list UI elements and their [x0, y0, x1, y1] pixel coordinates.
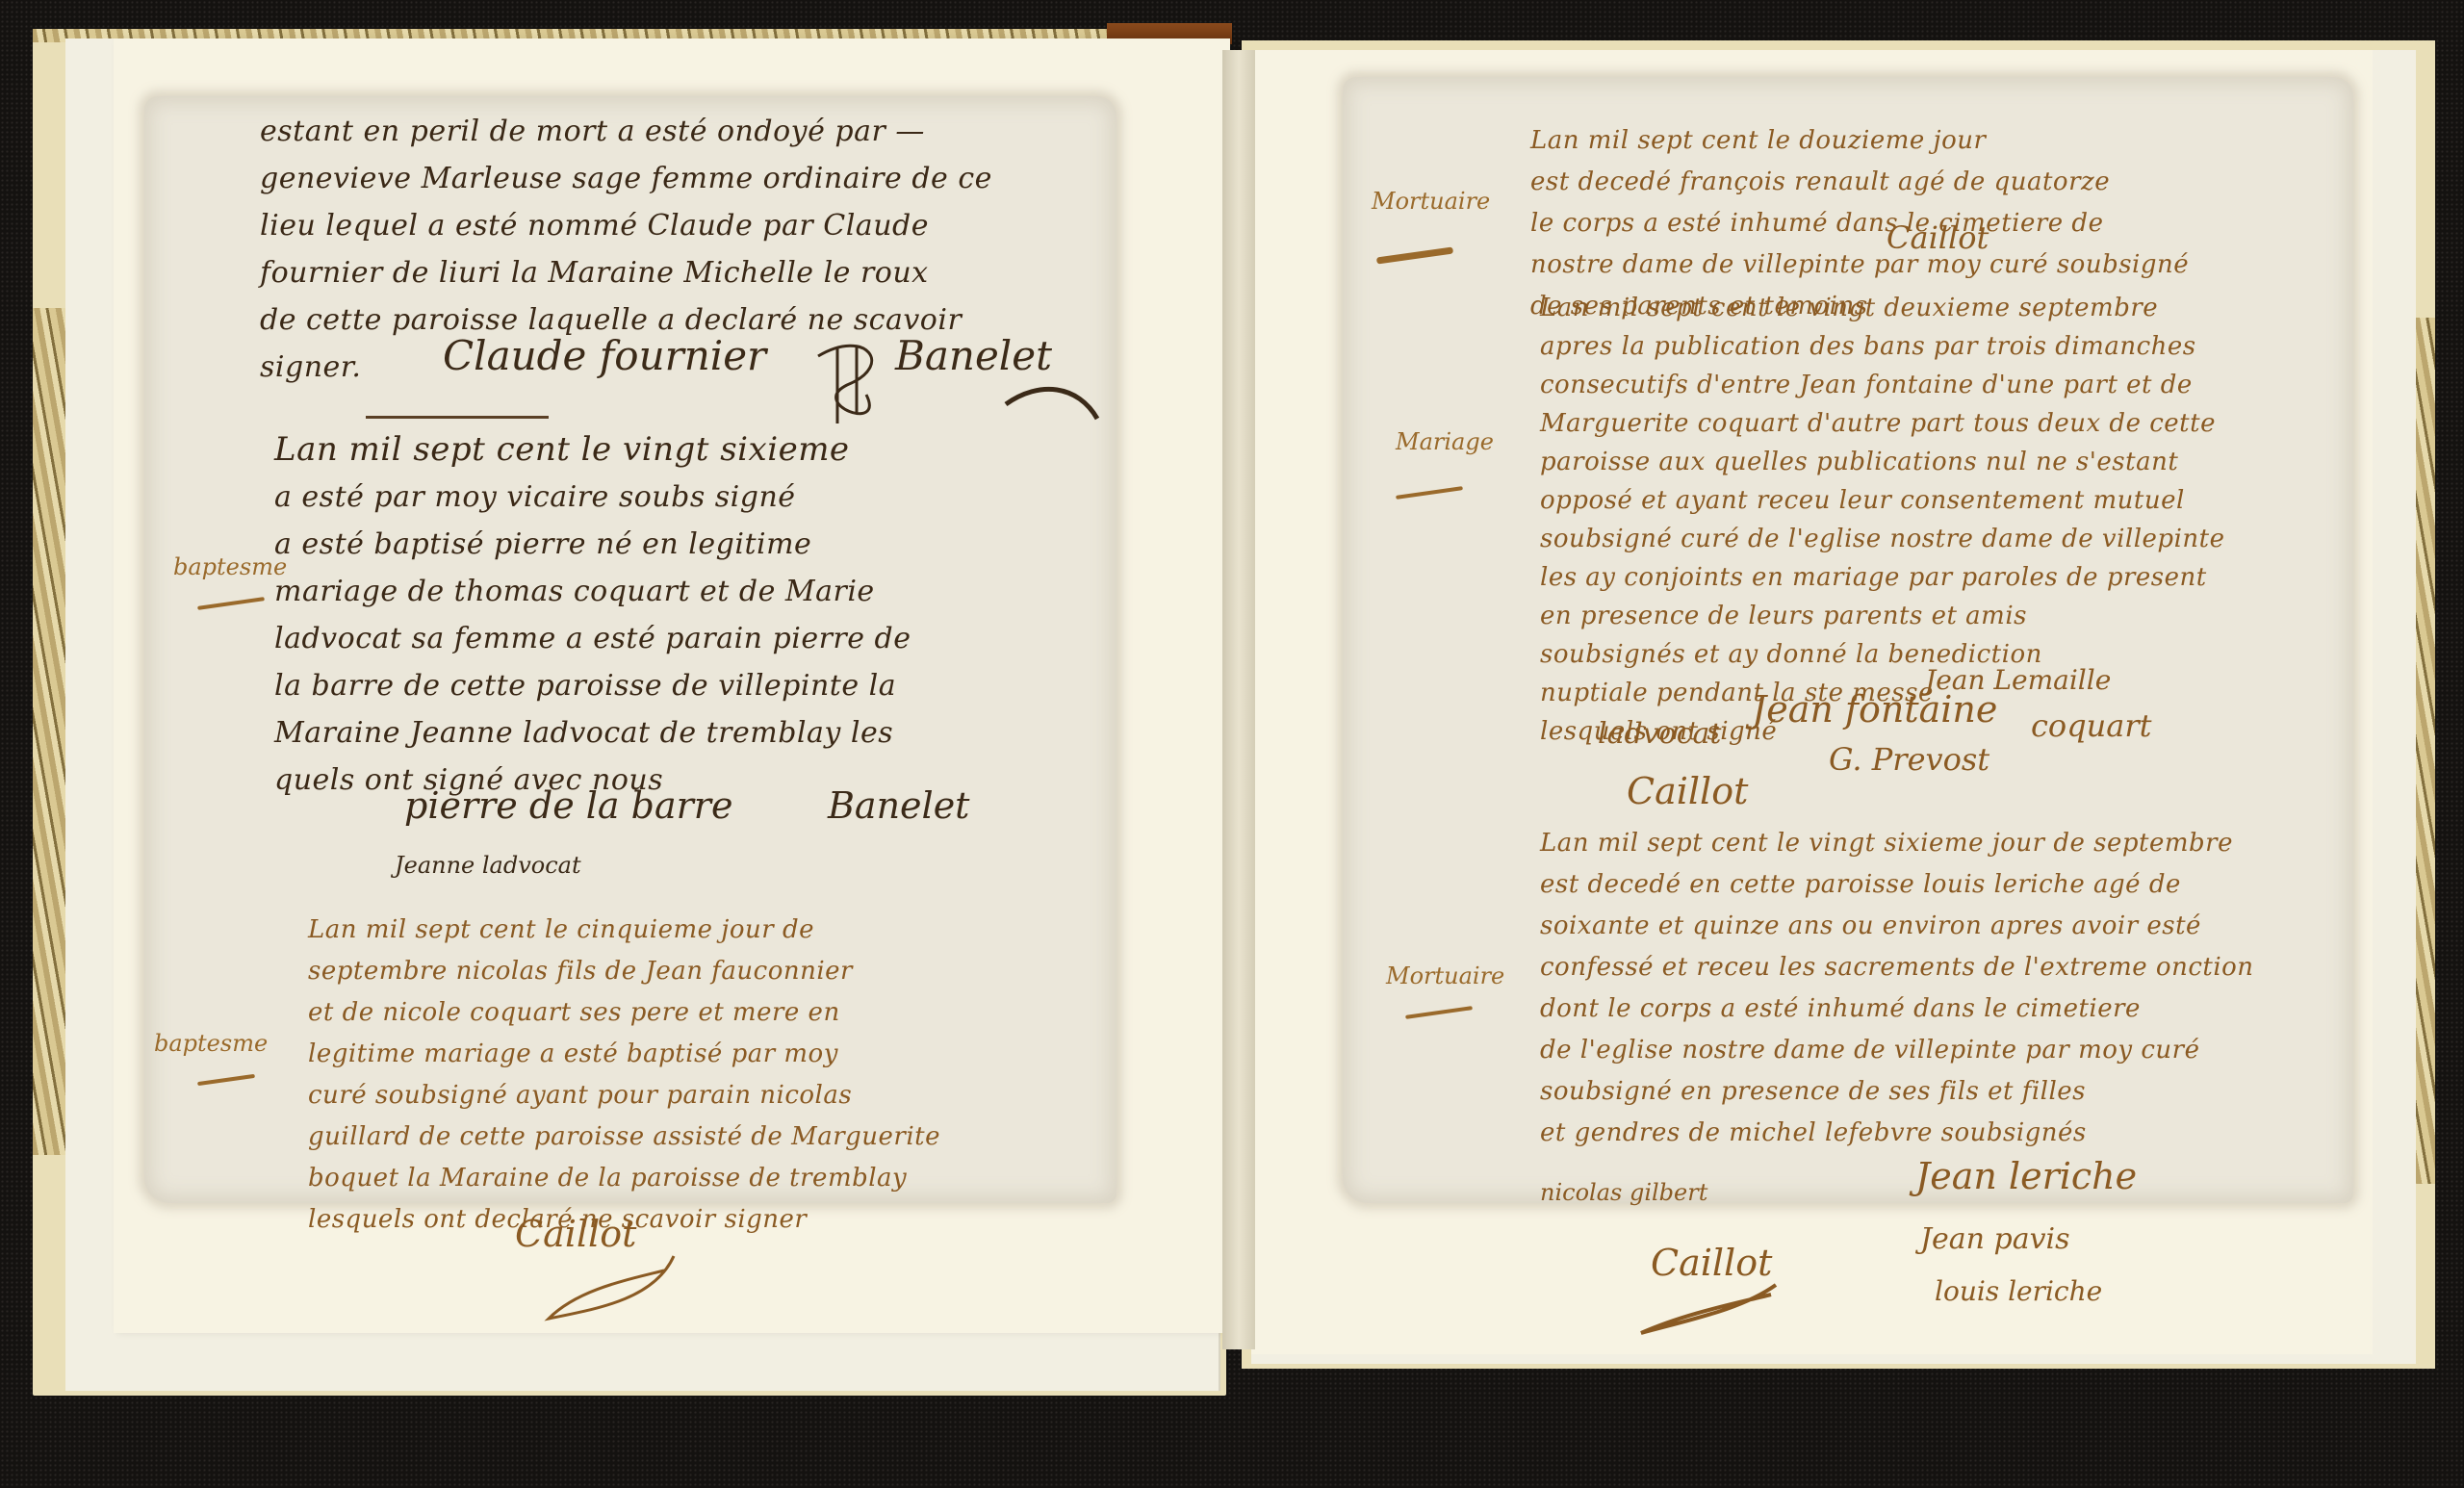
text-line: estant en peril de mort a esté ondoyé pa…: [260, 108, 992, 155]
margin-note-mortuaire: Mortuaire: [1372, 188, 1490, 215]
signature: Caillot: [1651, 1242, 1772, 1284]
text-line: lieu lequel a esté nommé Claude par Clau…: [260, 202, 992, 249]
text-line: consecutifs d'entre Jean fontaine d'une …: [1540, 366, 2224, 404]
open-book: estant en peril de mort a esté ondoyé pa…: [0, 0, 2464, 1488]
text-line: Maraine Jeanne ladvocat de tremblay les: [274, 709, 911, 757]
text-line: guillard de cette paroisse assisté de Ma…: [308, 1116, 940, 1158]
text-line: est decedé françois renault agé de quato…: [1530, 162, 2189, 203]
text-line: et de nicole coquart ses pere et mere en: [308, 992, 940, 1034]
text-line: legitime mariage a esté baptisé par moy: [308, 1034, 940, 1075]
text-line: Lan mil sept cent le douzieme jour: [1530, 120, 2189, 162]
text-line: mariage de thomas coquart et de Marie: [274, 568, 911, 615]
text-line: en presence de leurs parents et amis: [1540, 597, 2224, 635]
text-line: septembre nicolas fils de Jean fauconnie…: [308, 951, 940, 992]
text-line: fournier de liuri la Maraine Michelle le…: [260, 249, 992, 296]
signature: Banelet: [828, 784, 969, 827]
book-gutter: [1222, 50, 1255, 1349]
marbled-endpaper-left: [33, 308, 67, 1155]
signature: Caillot: [515, 1213, 636, 1255]
signature: louis leriche: [1935, 1275, 2102, 1307]
text-line: les ay conjoints en mariage par paroles …: [1540, 558, 2224, 597]
signature: G. Prevost: [1829, 741, 1989, 778]
flourish-icon: [539, 1251, 683, 1328]
signature: Jean Lemaille: [1925, 664, 2111, 696]
text-line: Lan mil sept cent le cinquieme jour de: [308, 910, 940, 951]
text-line: Lan mil sept cent le vingt deuxieme sept…: [1540, 289, 2224, 327]
text-line: et gendres de michel lefebvre soubsignés: [1540, 1113, 2254, 1154]
text-line: dont le corps a esté inhumé dans le cime…: [1540, 988, 2254, 1030]
paraph-flourish-icon: [808, 327, 924, 443]
text-line: apres la publication des bans par trois …: [1540, 327, 2224, 366]
signature: Jeanne ladvocat: [395, 852, 581, 879]
text-line: paroisse aux quelles publications nul ne…: [1540, 443, 2224, 481]
flourish-icon: [1636, 1280, 1781, 1338]
margin-note-baptesme: baptesme: [173, 553, 287, 580]
text-line: a esté baptisé pierre né en legitime: [274, 521, 911, 568]
text-line: soubsigné en presence de ses fils et fil…: [1540, 1071, 2254, 1113]
text-line: genevieve Marleuse sage femme ordinaire …: [260, 155, 992, 202]
text-line: le corps a esté inhumé dans le cimetiere…: [1530, 203, 2189, 244]
text-line: curé soubsigné ayant pour parain nicolas: [308, 1075, 940, 1116]
text-line: est decedé en cette paroisse louis leric…: [1540, 864, 2254, 906]
text-line: ladvocat sa femme a esté parain pierre d…: [274, 615, 911, 662]
right-entry2-text: Lan mil sept cent le vingt deuxieme sept…: [1540, 289, 2224, 751]
signature: Claude fournier: [443, 332, 766, 379]
signature: coquart: [2031, 707, 2152, 744]
signature: Jean leriche: [1915, 1155, 2137, 1197]
left-entry2-text: Lan mil sept cent le vingt sixieme a est…: [274, 426, 911, 804]
text-line: Marguerite coquart d'autre part tous deu…: [1540, 404, 2224, 443]
margin-note-mortuaire: Mortuaire: [1386, 962, 1504, 989]
underline-stroke: [366, 416, 549, 419]
text-line: confessé et receu les sacrements de l'ex…: [1540, 947, 2254, 988]
signature: ladvocat: [1598, 717, 1721, 751]
text-line: a esté par moy vicaire soubs signé: [274, 474, 911, 521]
text-line: soubsignés et ay donné la benediction: [1540, 635, 2224, 674]
text-line: soubsigné curé de l'eglise nostre dame d…: [1540, 520, 2224, 558]
margin-note-mariage: Mariage: [1396, 428, 1494, 455]
text-line: la barre de cette paroisse de villepinte…: [274, 662, 911, 709]
flourish-icon: [1001, 380, 1107, 438]
signature: pierre de la barre: [404, 784, 732, 827]
signature: Jean pavis: [1920, 1222, 2070, 1256]
signature: Caillot: [1886, 219, 1989, 256]
margin-note-baptesme: baptesme: [154, 1030, 268, 1057]
signature: Caillot: [1627, 770, 1748, 812]
text-line: nostre dame de villepinte par moy curé s…: [1530, 244, 2189, 286]
right-entry3-text: Lan mil sept cent le vingt sixieme jour …: [1540, 823, 2254, 1154]
text-line: Lan mil sept cent le vingt sixieme: [274, 426, 911, 474]
text-line: soixante et quinze ans ou environ apres …: [1540, 906, 2254, 947]
text-line: Lan mil sept cent le vingt sixieme jour …: [1540, 823, 2254, 864]
left-entry3-text: Lan mil sept cent le cinquieme jour de s…: [308, 910, 940, 1241]
text-line: boquet la Maraine de la paroisse de trem…: [308, 1158, 940, 1199]
text-line: opposé et ayant receu leur consentement …: [1540, 481, 2224, 520]
signature: nicolas gilbert: [1540, 1179, 1707, 1206]
text-line: de l'eglise nostre dame de villepinte pa…: [1540, 1030, 2254, 1071]
